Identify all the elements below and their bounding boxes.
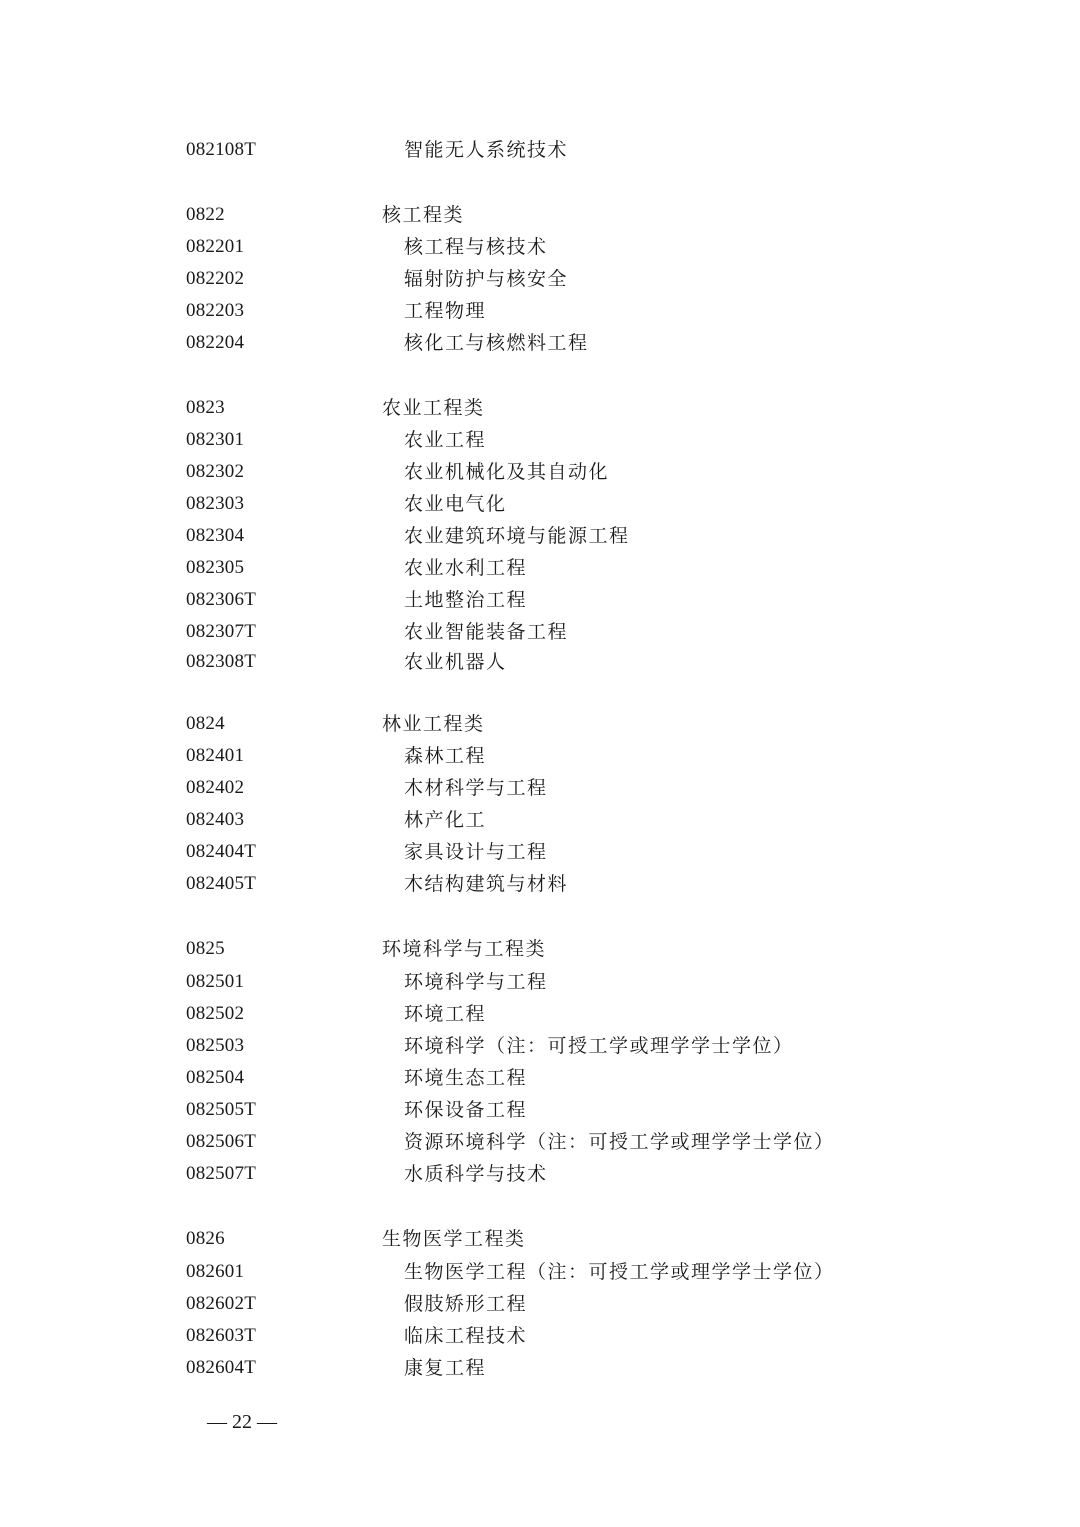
major-code: 082403 [186, 808, 244, 832]
major-row: 082401 森林工程 [0, 744, 1080, 772]
major-name: 环保设备工程 [404, 1098, 527, 1122]
major-name: 农业智能装备工程 [404, 620, 568, 644]
major-code: 082503 [186, 1034, 244, 1058]
category-code: 0826 [186, 1227, 225, 1251]
major-code: 082602T [186, 1292, 256, 1316]
major-row: 082204 核化工与核燃料工程 [0, 331, 1080, 359]
category-name: 核工程类 [382, 203, 464, 227]
category-row: 0823 农业工程类 [0, 396, 1080, 424]
major-name: 辐射防护与核安全 [404, 267, 568, 291]
category-code: 0823 [186, 396, 225, 420]
category-code: 0824 [186, 712, 225, 736]
major-code: 082306T [186, 588, 256, 612]
major-row: 082303 农业电气化 [0, 492, 1080, 520]
major-name: 核工程与核技术 [404, 235, 548, 259]
major-name: 木材科学与工程 [404, 776, 548, 800]
major-row: 082301 农业工程 [0, 428, 1080, 456]
major-row: 082305 农业水利工程 [0, 556, 1080, 584]
major-code: 082501 [186, 970, 244, 994]
major-name: 家具设计与工程 [404, 840, 548, 864]
major-code: 082304 [186, 524, 244, 548]
major-code: 082601 [186, 1260, 244, 1284]
major-code: 082302 [186, 460, 244, 484]
major-row: 082405T 木结构建筑与材料 [0, 872, 1080, 900]
major-name: 康复工程 [404, 1356, 486, 1380]
major-name: 临床工程技术 [404, 1324, 527, 1348]
major-name: 土地整治工程 [404, 588, 527, 612]
major-name: 核化工与核燃料工程 [404, 331, 589, 355]
major-code: 082603T [186, 1324, 256, 1348]
major-name: 木结构建筑与材料 [404, 872, 568, 896]
major-row: 082506T 资源环境科学（注：可授工学或理学学士学位） [0, 1130, 1080, 1158]
major-row: 082603T 临床工程技术 [0, 1324, 1080, 1352]
major-row: 082507T 水质科学与技术 [0, 1162, 1080, 1190]
major-code: 082108T [186, 138, 256, 162]
major-name: 假肢矫形工程 [404, 1292, 527, 1316]
major-row: 082306T 土地整治工程 [0, 588, 1080, 616]
major-row: 082502 环境工程 [0, 1002, 1080, 1030]
major-row: 082403 林产化工 [0, 808, 1080, 836]
major-row: 082202 辐射防护与核安全 [0, 267, 1080, 295]
major-name: 森林工程 [404, 744, 486, 768]
major-code: 082502 [186, 1002, 244, 1026]
major-row: 082308T 农业机器人 [0, 650, 1080, 678]
major-name: 环境工程 [404, 1002, 486, 1026]
major-name: 资源环境科学（注：可授工学或理学学士学位） [404, 1130, 835, 1154]
major-name: 农业建筑环境与能源工程 [404, 524, 630, 548]
category-row: 0824 林业工程类 [0, 712, 1080, 740]
page-number: — 22 — [207, 1410, 277, 1434]
major-row: 082505T 环保设备工程 [0, 1098, 1080, 1126]
major-row: 082604T 康复工程 [0, 1356, 1080, 1384]
major-code: 082505T [186, 1098, 256, 1122]
major-row: 082601 生物医学工程（注：可授工学或理学学士学位） [0, 1260, 1080, 1288]
category-row: 0825 环境科学与工程类 [0, 937, 1080, 965]
category-name: 林业工程类 [382, 712, 485, 736]
major-code: 082303 [186, 492, 244, 516]
major-row: 082307T 农业智能装备工程 [0, 620, 1080, 648]
major-code: 082506T [186, 1130, 256, 1154]
major-code: 082401 [186, 744, 244, 768]
major-code: 082404T [186, 840, 256, 864]
category-name: 生物医学工程类 [382, 1227, 526, 1251]
major-row: 082201 核工程与核技术 [0, 235, 1080, 263]
major-code: 082308T [186, 650, 256, 674]
major-row: 082108T 智能无人系统技术 [0, 138, 1080, 166]
major-code: 082307T [186, 620, 256, 644]
category-name: 环境科学与工程类 [382, 937, 546, 961]
major-name: 工程物理 [404, 299, 486, 323]
major-name: 环境科学与工程 [404, 970, 548, 994]
major-code: 082301 [186, 428, 244, 452]
major-name: 智能无人系统技术 [404, 138, 568, 162]
major-row: 082402 木材科学与工程 [0, 776, 1080, 804]
major-name: 农业电气化 [404, 492, 507, 516]
major-row: 082404T 家具设计与工程 [0, 840, 1080, 868]
category-code: 0822 [186, 203, 225, 227]
major-row: 082501 环境科学与工程 [0, 970, 1080, 998]
major-name: 环境生态工程 [404, 1066, 527, 1090]
category-row: 0826 生物医学工程类 [0, 1227, 1080, 1255]
major-code: 082201 [186, 235, 244, 259]
major-name: 环境科学（注：可授工学或理学学士学位） [404, 1034, 794, 1058]
major-row: 082302 农业机械化及其自动化 [0, 460, 1080, 488]
major-row: 082203 工程物理 [0, 299, 1080, 327]
major-name: 水质科学与技术 [404, 1162, 548, 1186]
major-code: 082402 [186, 776, 244, 800]
major-name: 农业工程 [404, 428, 486, 452]
major-row: 082504 环境生态工程 [0, 1066, 1080, 1094]
major-code: 082504 [186, 1066, 244, 1090]
major-code: 082305 [186, 556, 244, 580]
major-row: 082503 环境科学（注：可授工学或理学学士学位） [0, 1034, 1080, 1062]
major-code: 082604T [186, 1356, 256, 1380]
major-code: 082204 [186, 331, 244, 355]
major-name: 农业机器人 [404, 650, 507, 674]
major-code: 082405T [186, 872, 256, 896]
major-name: 农业机械化及其自动化 [404, 460, 609, 484]
major-code: 082202 [186, 267, 244, 291]
major-code: 082203 [186, 299, 244, 323]
category-name: 农业工程类 [382, 396, 485, 420]
major-name: 林产化工 [404, 808, 486, 832]
major-name: 农业水利工程 [404, 556, 527, 580]
category-row: 0822 核工程类 [0, 203, 1080, 231]
major-name: 生物医学工程（注：可授工学或理学学士学位） [404, 1260, 835, 1284]
major-row: 082602T 假肢矫形工程 [0, 1292, 1080, 1320]
major-row: 082304 农业建筑环境与能源工程 [0, 524, 1080, 552]
category-code: 0825 [186, 937, 225, 961]
major-code: 082507T [186, 1162, 256, 1186]
